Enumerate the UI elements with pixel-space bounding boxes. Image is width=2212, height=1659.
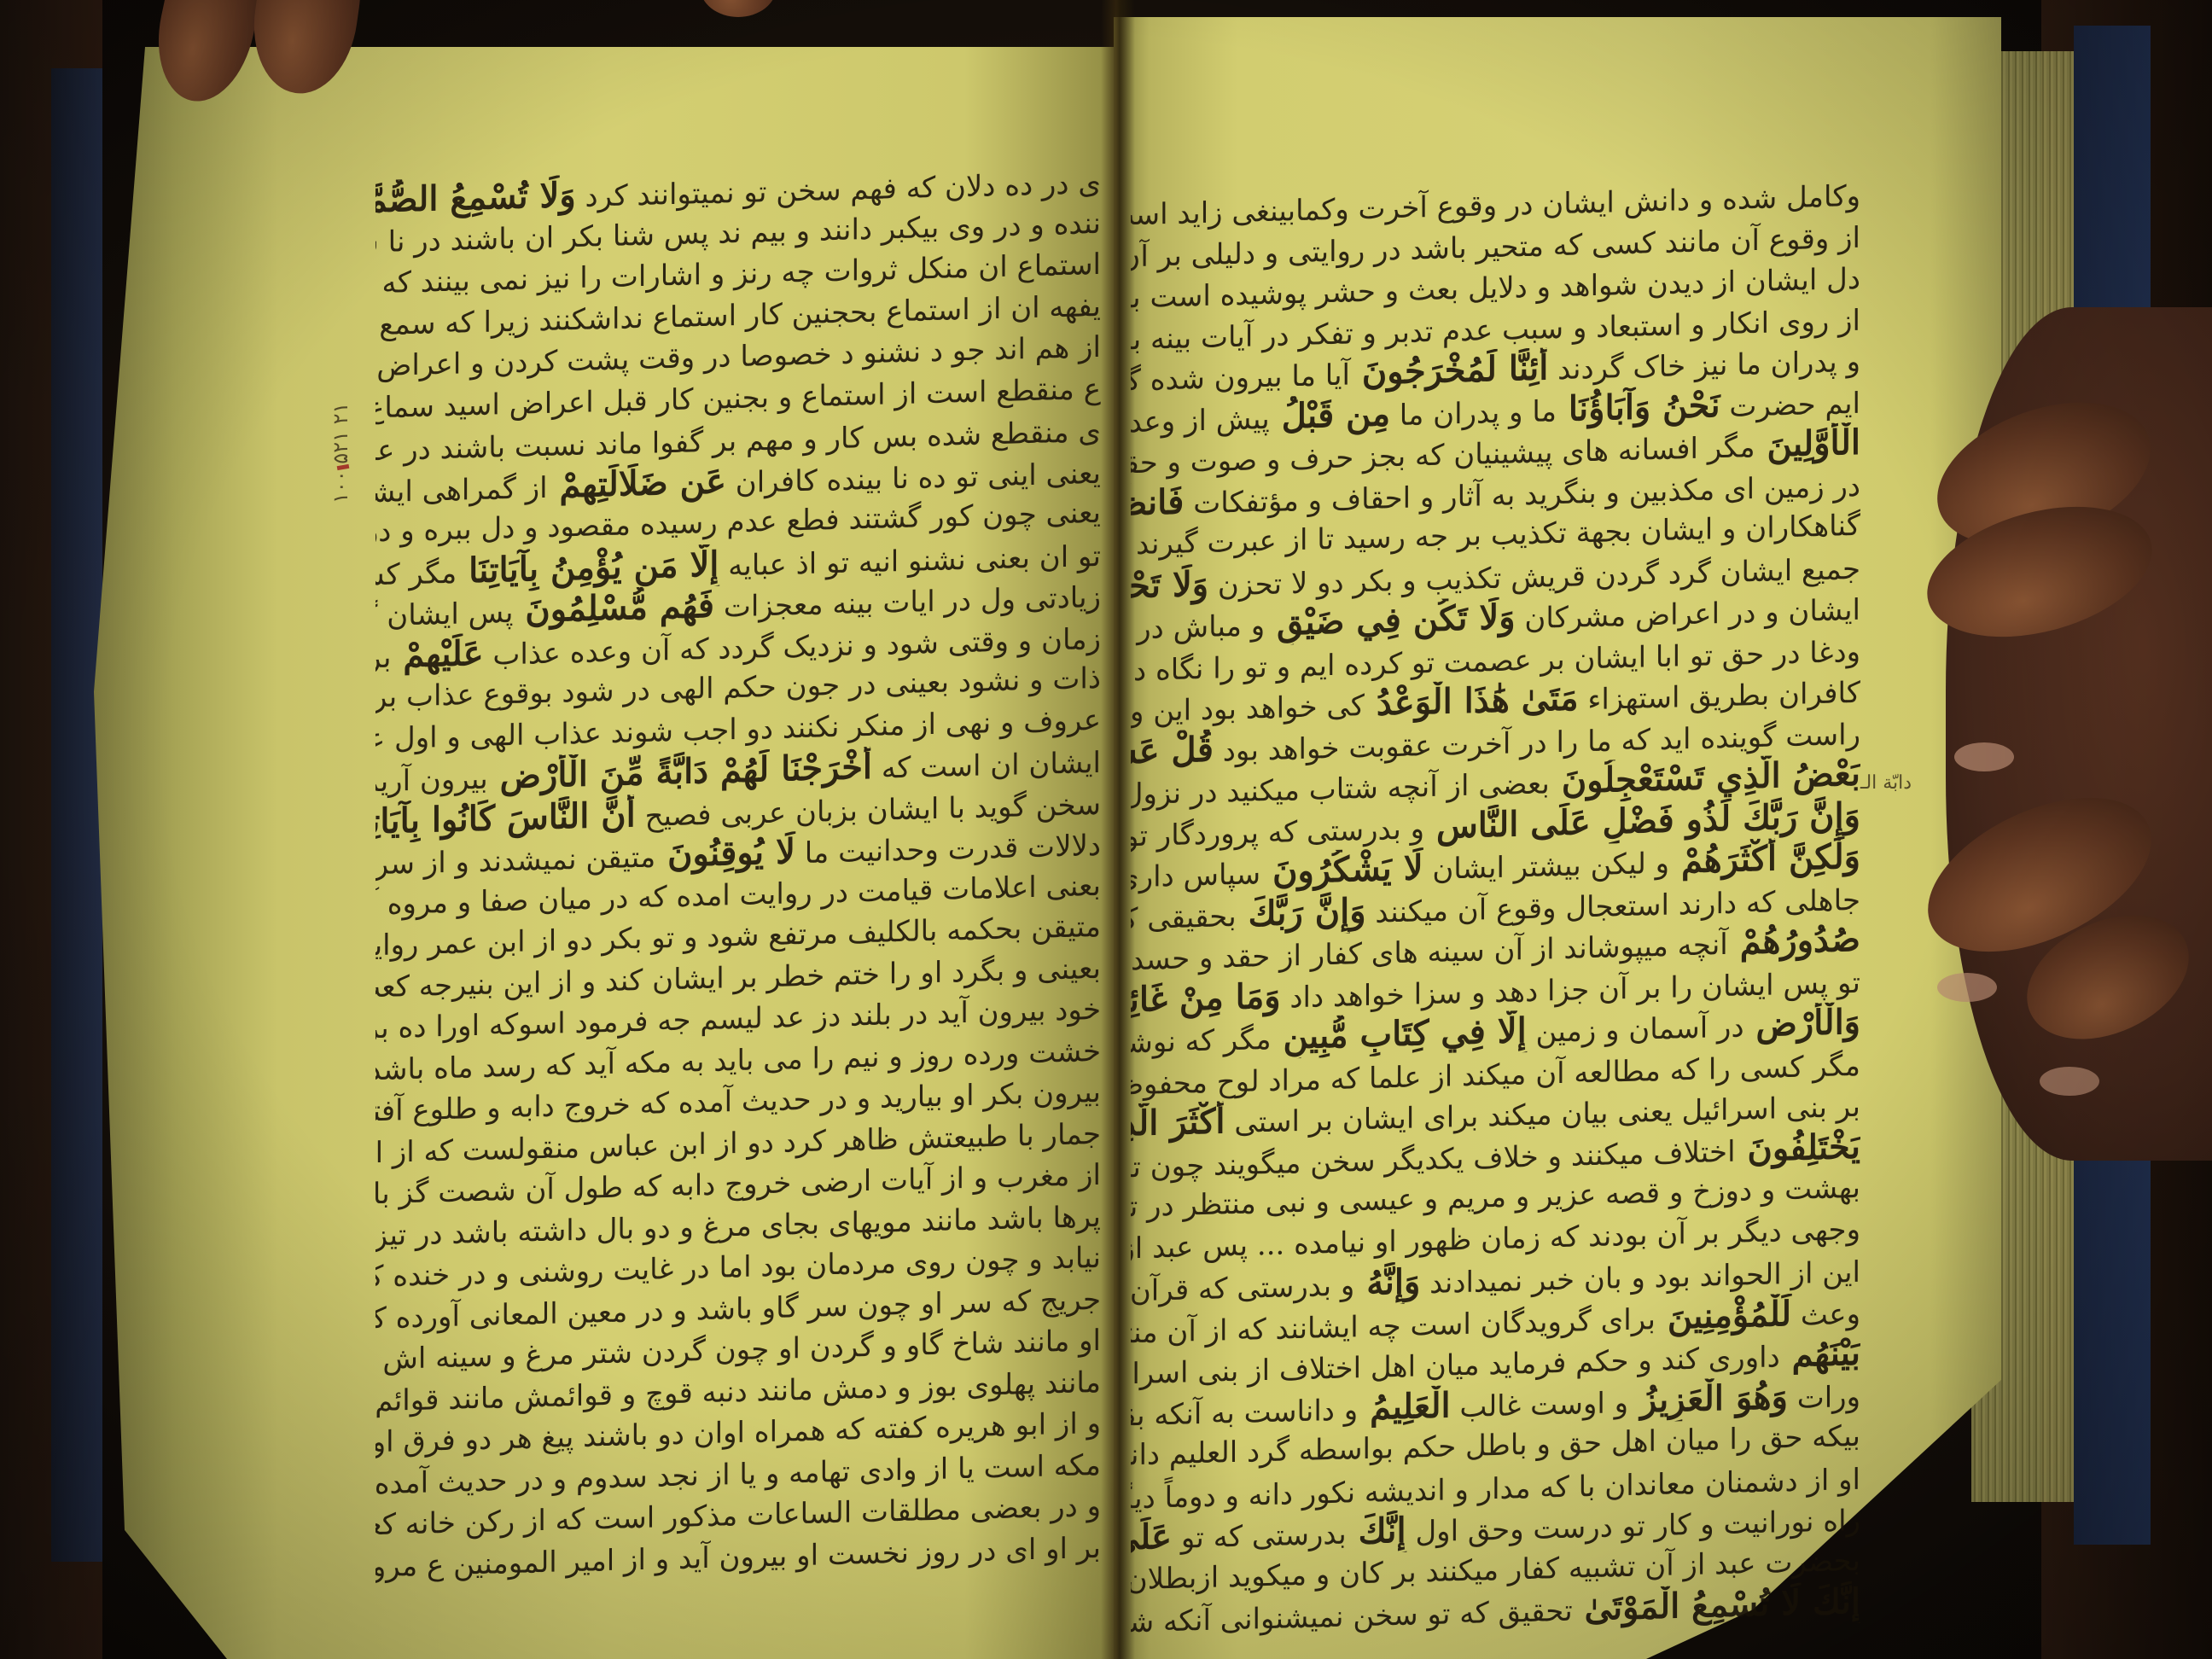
persian-commentary: وعث — [1791, 1296, 1860, 1332]
quran-verse-fragment: عَلَيْهِمْ — [391, 632, 483, 675]
persian-commentary: و لیکن بیشتر ایشان — [1423, 847, 1670, 888]
quran-verse-fragment: لَا يَشْكُرُونَ — [1260, 847, 1423, 892]
quran-verse-fragment: قُلْ عَسَىٰ — [1131, 729, 1214, 772]
persian-commentary: کی خواهد بود این وعده عذاب — [1131, 689, 1365, 731]
quran-verse-fragment: الْأَوَّلِينَ — [1755, 422, 1860, 465]
quran-verse-fragment: يَخْتَلِفُونَ — [1736, 1126, 1860, 1169]
quran-verse-fragment: صُدُورُهُمْ — [1728, 919, 1860, 963]
persian-commentary: بحقیقی که اگر پروردگار تو — [1131, 899, 1237, 938]
quran-verse-fragment: إِنَّكَ — [1347, 1511, 1406, 1552]
quran-verse-fragment: وَإِنَّهُ — [1354, 1261, 1420, 1303]
quran-verse-fragment: وَلَا تُسْمِعُ الصُّمَّ الدُّعَاءَ — [375, 175, 576, 222]
blue-binding-left — [51, 68, 102, 1562]
persian-commentary: کافران بطریق استهزاء — [1579, 676, 1860, 718]
quran-verse-fragment: وَلَا تَحْزَنْ — [1131, 563, 1208, 607]
persian-commentary: و داناست به آنکه بقرآن گرویده اند — [1131, 1393, 1358, 1435]
persian-commentary: و پدران ما نیز خاک گردند — [1548, 345, 1860, 387]
quran-verse-fragment: أَكْثَرَ الَّذِي — [1131, 1101, 1225, 1144]
book-gutter — [1101, 0, 1135, 1659]
persian-commentary: بر ایشان یعنی بر ایشان و بر کجدیر ایشان — [375, 640, 391, 677]
persian-commentary: ایم حضرت — [1720, 386, 1860, 423]
quran-verse-fragment: فَهُم مُّسْلِمُونَ — [513, 585, 714, 631]
quran-verse-fragment: عَن ضَلَالَتِهِمْ — [548, 461, 726, 505]
quran-verse-fragment: إِلَّا فِي كِتَابٍ مُّبِينٍ — [1272, 1010, 1527, 1057]
persian-commentary: پس عبد از ایشان — [1131, 1228, 1248, 1267]
quran-verse-fragment: أَئِنَّا لَمُخْرَجُونَ — [1350, 347, 1548, 393]
quran-verse-fragment: بَعْضُ الَّذِي تَسْتَعْجِلُونَ — [1550, 754, 1860, 802]
persian-commentary: بیرون آریم برای ایشان جنبنده از زمین — [375, 762, 488, 801]
quran-verse-fragment: وَهُوَ الْعَزِيزُ — [1628, 1377, 1788, 1421]
quran-verse-fragment: وَلَا تَكُن فِي ضَيْقٍ — [1265, 597, 1515, 643]
persian-commentary: و بدرستی که قرآن — [1131, 1268, 1354, 1308]
right-page-text: وکامل شده و دانش ایشان در وقوع آخرت وکما… — [1131, 183, 1860, 1633]
quran-verse-fragment: وَإِنَّ رَبَّكَ — [1237, 890, 1366, 934]
quran-verse-fragment: لَا يُوقِنُونَ — [655, 831, 795, 875]
persian-commentary: مگر کسی را که گرویده باشد آیات ما چونکه … — [375, 556, 457, 594]
persian-commentary: سپاس داری نمیکنند و نعمت تاخیر عذاب را ن… — [1131, 857, 1260, 896]
quran-verse-fragment: بَيْنَهُم — [1780, 1333, 1860, 1375]
persian-commentary: و مباش در تنگی و دلتنگی — [1131, 608, 1265, 649]
fingernail — [2040, 1067, 2099, 1096]
persian-commentary: و اوست غالب — [1451, 1385, 1628, 1423]
persian-commentary: ما و پدران ما — [1390, 394, 1557, 433]
quran-verse-fragment: عَلَى الْحَقِّ الْمُبِينِ — [1131, 1516, 1172, 1559]
persian-commentary: ایشان ان است که — [872, 746, 1101, 786]
quran-verse-fragment: وَمَا مِنْ غَائِبَةٍ — [1131, 975, 1281, 1021]
quran-verse-fragment: لِّلْمُؤْمِنِينَ — [1656, 1293, 1791, 1336]
persian-commentary: ورات — [1788, 1379, 1860, 1415]
quran-verse-fragment: الْعَلِيمُ — [1358, 1385, 1450, 1428]
persian-commentary: ایشان و در اعراض مشرکان — [1516, 593, 1860, 637]
quran-verse-fragment: وَالْأَرْضِ — [1744, 1002, 1860, 1045]
fingernail — [1954, 742, 2014, 771]
quran-verse-fragment: إِلَّا مَن يُؤْمِنُ بِآيَاتِنَا — [457, 544, 719, 591]
left-page-text: ی در ده دلان که فهم سخن تو نمیتوانند کرد… — [375, 171, 1101, 1578]
persian-commentary: از گمراهی ایشان چه هدایت حاصل نمیشود مگر… — [375, 470, 548, 511]
quran-verse-fragment: وَلَٰكِنَّ أَكْثَرَهُمْ — [1669, 836, 1860, 882]
quran-verse-fragment: إِنَّكَ لَا تُسْمِعُ الْمَوْتَىٰ — [1573, 1581, 1860, 1629]
persian-commentary: بدرستی که تو — [1172, 1517, 1347, 1556]
fingernail — [1937, 973, 1997, 1002]
persian-commentary: مگر که نوشته شده است در کتاب روشن یا روش… — [1131, 1022, 1272, 1062]
quran-verse-fragment: أَنَّ النَّاسَ كَانُوا بِآيَاتِنَا — [375, 795, 636, 842]
left-margin-annotation: ۱۰۰ ۵۲۱ ۲۱ — [329, 222, 352, 504]
quran-verse-fragment: نَحْنُ وَآبَاؤُنَا — [1557, 385, 1720, 429]
quran-verse-fragment: مَتَىٰ هَٰذَا الْوَعْدُ — [1365, 678, 1579, 724]
persian-commentary: پیش از وعده محمد — [1131, 401, 1270, 441]
persian-commentary: آیا ما بیرون شده گانیم از گورها — [1131, 358, 1350, 399]
persian-commentary: پس ایشان گردن نهند و اندمر فاران را — [375, 596, 513, 636]
persian-commentary: ازبطلان هم اهل ایمان در این خطاب داخل ند… — [1131, 1560, 1219, 1600]
quran-verse-fragment: مِن قَبْلُ — [1270, 393, 1390, 437]
quran-verse-fragment: فَانظُرُوا — [1131, 481, 1184, 524]
right-margin-annotation: دابّة الـ — [1860, 772, 1912, 794]
persian-commentary: دلالات قدرت وحدانیت ما — [795, 829, 1101, 870]
persian-commentary: در آسمان و زمین — [1527, 1010, 1744, 1050]
